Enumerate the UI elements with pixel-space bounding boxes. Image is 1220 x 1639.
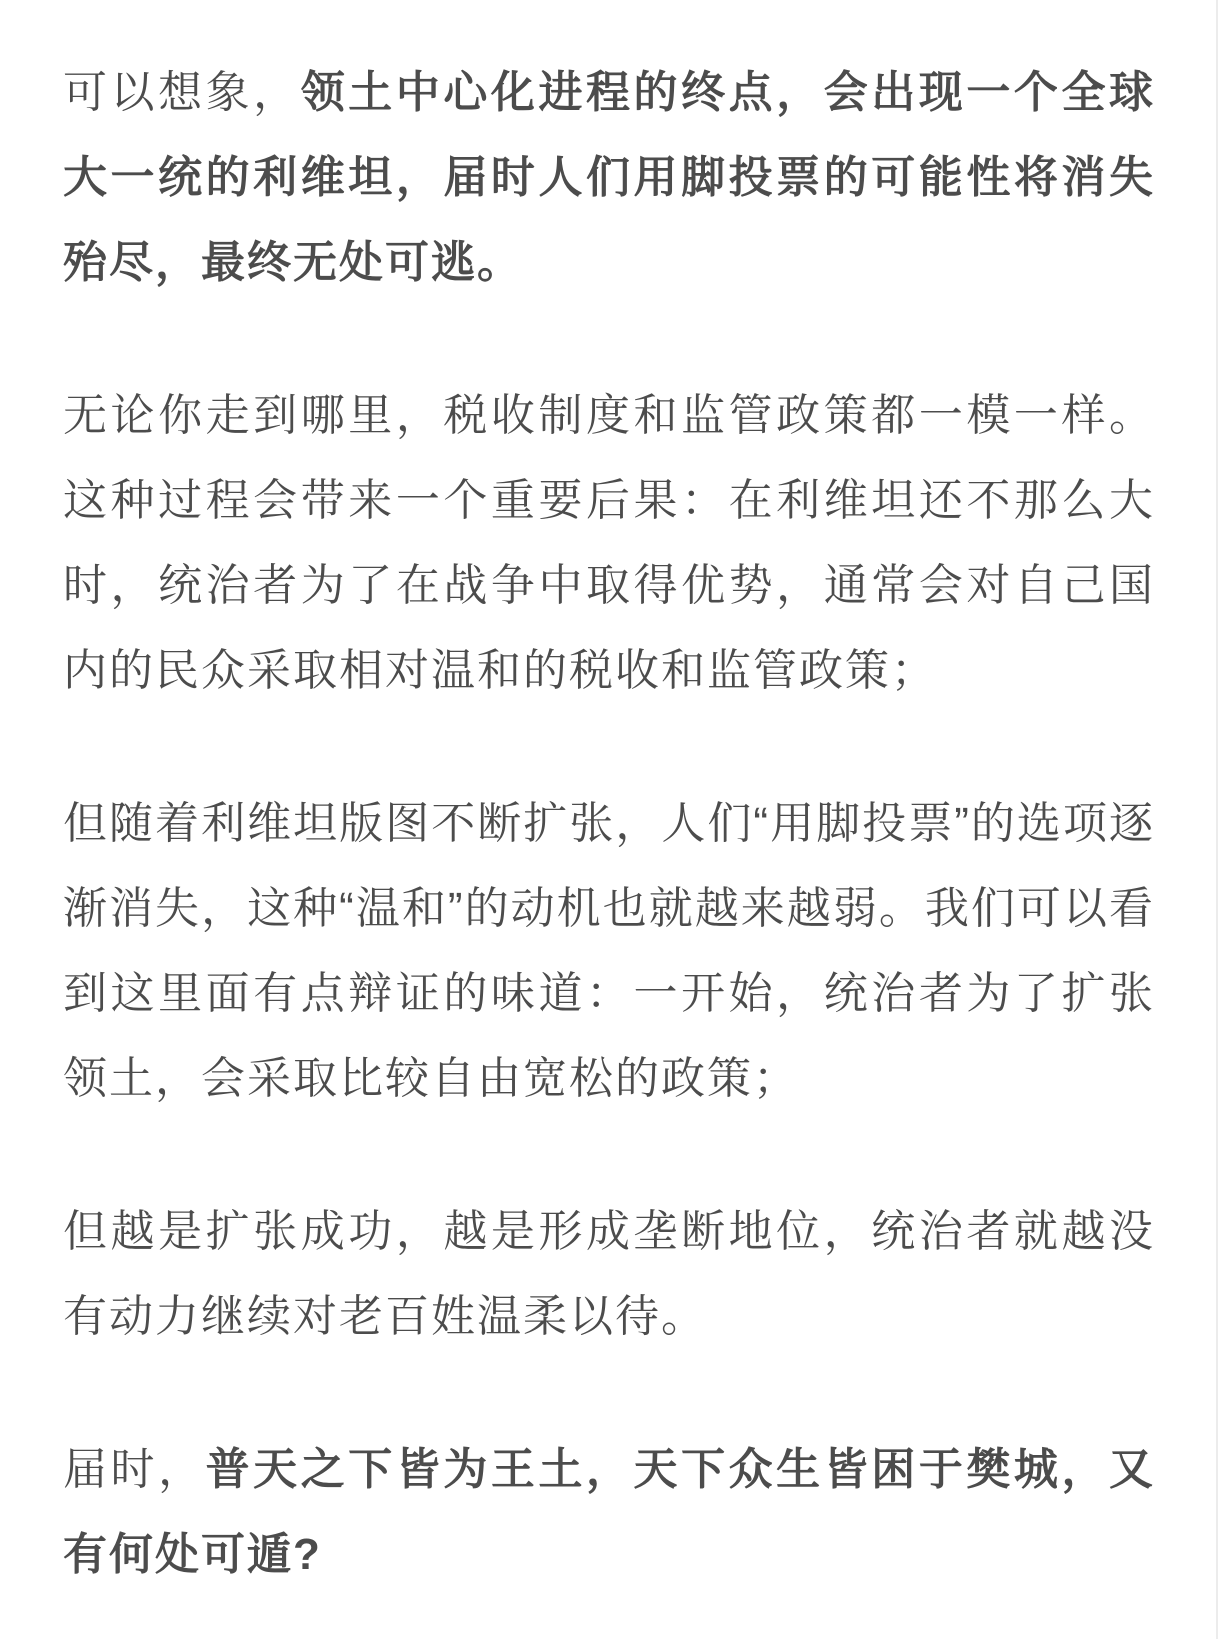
paragraph: 但越是扩张成功，越是形成垄断地位，统治者就越没有动力继续对老百姓温柔以待。	[63, 1189, 1155, 1359]
paragraph: 但随着利维坦版图不断扩张，人们“用脚投票”的选项逐渐消失，这种“温和”的动机也就…	[63, 781, 1155, 1121]
text-segment: 但越是扩张成功，越是形成垄断地位，统治者就越没有动力继续对老百姓温柔以待。	[63, 1207, 1155, 1341]
page-right-edge	[1216, 0, 1218, 1639]
text-segment-bold: 普天之下皆为王土，天下众生皆困于樊城，又有何处可遁?	[63, 1445, 1155, 1579]
text-segment: 无论你走到哪里，税收制度和监管政策都一模一样。这种过程会带来一个重要后果：在利维…	[63, 391, 1155, 695]
text-segment: 可以想象，	[63, 68, 301, 117]
text-segment: 届时，	[63, 1445, 206, 1494]
text-segment: 但随着利维坦版图不断扩张，人们“用脚投票”的选项逐渐消失，这种“温和”的动机也就…	[63, 799, 1155, 1103]
paragraph: 届时，普天之下皆为王土，天下众生皆困于樊城，又有何处可遁?	[63, 1427, 1155, 1597]
paragraph: 无论你走到哪里，税收制度和监管政策都一模一样。这种过程会带来一个重要后果：在利维…	[63, 373, 1155, 713]
article-page: 可以想象，领土中心化进程的终点，会出现一个全球大一统的利维坦，届时人们用脚投票的…	[0, 0, 1220, 1639]
paragraph: 可以想象，领土中心化进程的终点，会出现一个全球大一统的利维坦，届时人们用脚投票的…	[63, 50, 1155, 305]
article-body: 可以想象，领土中心化进程的终点，会出现一个全球大一统的利维坦，届时人们用脚投票的…	[0, 0, 1220, 1597]
